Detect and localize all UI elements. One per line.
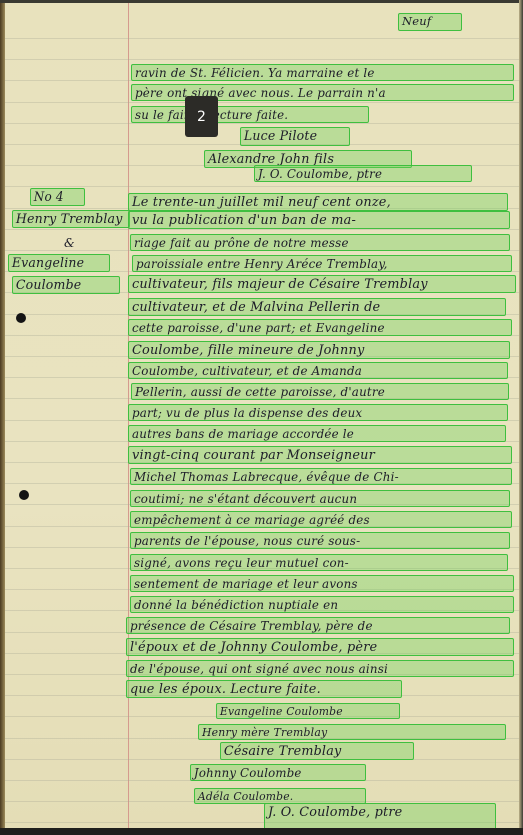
text-line: présence de Césaire Tremblay, père de — [126, 617, 510, 634]
text-line: coutimi; ne s'étant découvert aucun — [130, 490, 510, 507]
text-line: cette paroisse, d'une part; et Evangelin… — [128, 319, 512, 336]
text-line: Le trente-un juillet mil neuf cent onze, — [128, 193, 508, 211]
margin-note: Henry Tremblay — [12, 210, 130, 228]
text-line-text: Pellerin, aussi de cette paroisse, d'aut… — [132, 384, 504, 398]
scan-right-edge — [519, 0, 523, 835]
text-line-text: de l'épouse, qui ont signé avec nous ain… — [127, 661, 509, 675]
text-line: Luce Pilote — [240, 127, 350, 146]
binder-hole — [16, 313, 26, 323]
page-heading-text: Neuf — [399, 14, 461, 28]
text-line: autres bans de mariage accordée le — [128, 425, 506, 442]
text-line: Coulombe, cultivateur, et de Amanda — [128, 362, 508, 379]
text-line: su le faire. Lecture faite. — [131, 106, 369, 123]
register-page: Neuf No 4Henry TremblayEvangelineCoulomb… — [0, 0, 523, 830]
margin-note-text: Coulombe — [13, 277, 115, 292]
text-line-text: présence de Césaire Tremblay, père de — [127, 618, 505, 632]
margin-note: Coulombe — [12, 276, 120, 294]
text-line: de l'épouse, qui ont signé avec nous ain… — [126, 660, 514, 677]
text-line: que les époux. Lecture faite. — [126, 680, 402, 698]
text-line-text: Michel Thomas Labrecque, évêque de Chi- — [131, 469, 507, 483]
text-line-text: parents de l'épouse, nous curé sous- — [131, 533, 505, 547]
text-line-text: Coulombe, fille mineure de Johnny — [129, 342, 505, 357]
text-line: vu la publication d'un ban de ma- — [128, 211, 510, 229]
text-line: cultivateur, et de Malvina Pellerin de — [128, 298, 506, 316]
text-line-text: autres bans de mariage accordée le — [129, 426, 501, 440]
margin-note-text: Henry Tremblay — [13, 211, 125, 226]
margin-note-text: No 4 — [31, 189, 80, 204]
text-line: l'époux et de Johnny Coulombe, père — [126, 638, 514, 656]
text-line: Coulombe, fille mineure de Johnny — [128, 341, 510, 359]
signature-line: Evangeline Coulombe — [216, 703, 400, 719]
text-line: donné la bénédiction nuptiale en — [130, 596, 514, 613]
text-line-text: coutimi; ne s'étant découvert aucun — [131, 491, 505, 505]
text-line: Pellerin, aussi de cette paroisse, d'aut… — [131, 383, 509, 400]
text-line: cultivateur, fils majeur de Césaire Trem… — [128, 275, 516, 293]
text-line-text: empêchement à ce mariage agréé des — [131, 512, 507, 526]
text-line: empêchement à ce mariage agréé des — [130, 511, 512, 528]
ruled-line — [5, 186, 519, 187]
text-line-text: cultivateur, fils majeur de Césaire Trem… — [129, 276, 511, 291]
text-line-text: cette paroisse, d'une part; et Evangelin… — [129, 320, 507, 334]
text-line-text: Alexandre John fils — [205, 151, 407, 166]
ruled-line — [5, 102, 519, 103]
signature-line-text: Henry mère Tremblay — [199, 725, 501, 738]
text-line: ravin de St. Félicien. Ya marraine et le — [131, 64, 514, 81]
text-line: Michel Thomas Labrecque, évêque de Chi- — [130, 468, 512, 485]
signature-line-text: Johnny Coulombe — [191, 765, 361, 779]
text-line-text: ravin de St. Félicien. Ya marraine et le — [132, 65, 509, 79]
signature-line: Adéla Coulombe. — [194, 788, 366, 804]
text-line: vingt-cinq courant par Monseigneur — [128, 446, 512, 464]
text-line: J. O. Coulombe, ptre — [254, 165, 472, 182]
text-line-text: donné la bénédiction nuptiale en — [131, 597, 509, 611]
text-line-text: vu la publication d'un ban de ma- — [129, 212, 505, 227]
text-line-text: Luce Pilote — [241, 128, 345, 143]
scan-bottom-edge — [0, 828, 523, 835]
ruled-line — [5, 59, 519, 60]
text-line: parents de l'épouse, nous curé sous- — [130, 532, 510, 549]
text-line-text: sentement de mariage et leur avons — [131, 576, 509, 590]
text-line: sentement de mariage et leur avons — [130, 575, 514, 592]
text-line-text: su le faire. Lecture faite. — [132, 107, 364, 121]
ruled-line — [5, 123, 519, 124]
text-line: part; vu de plus la dispense des deux — [128, 404, 508, 421]
text-line-text: vingt-cinq courant par Monseigneur — [129, 447, 507, 462]
book-binding — [0, 0, 5, 830]
text-line-text: que les époux. Lecture faite. — [127, 681, 397, 696]
signature-line-text: Evangeline Coulombe — [217, 704, 395, 717]
scan-top-edge — [0, 0, 523, 3]
margin-note-text: Evangeline — [9, 255, 105, 270]
ruled-line — [5, 38, 519, 39]
text-line-text: l'époux et de Johnny Coulombe, père — [127, 639, 509, 654]
text-line: signé, avons reçu leur mutuel con- — [130, 554, 508, 571]
ruled-line — [5, 229, 519, 230]
signature-line: Johnny Coulombe — [190, 764, 366, 781]
text-line-text: paroissiale entre Henry Aréce Tremblay, — [133, 256, 507, 270]
text-line-text: Le trente-un juillet mil neuf cent onze, — [129, 194, 503, 209]
margin-ampersand: & — [64, 236, 75, 250]
text-line-text: J. O. Coulombe, ptre — [255, 166, 467, 180]
text-line: paroissiale entre Henry Aréce Tremblay, — [132, 255, 512, 272]
text-line-text: part; vu de plus la dispense des deux — [129, 405, 503, 419]
page-heading: Neuf — [398, 13, 462, 31]
signature-line-text: Césaire Tremblay — [221, 743, 409, 758]
signature-line-text: J. O. Coulombe, ptre — [265, 804, 491, 819]
signature-line: J. O. Coulombe, ptre — [264, 803, 496, 831]
signature-line: Henry mère Tremblay — [198, 724, 506, 740]
signature-line: Césaire Tremblay — [220, 742, 414, 760]
region-number-badge: 2 — [185, 96, 218, 137]
text-line-text: cultivateur, et de Malvina Pellerin de — [129, 299, 501, 314]
text-line: riage fait au prône de notre messe — [130, 234, 510, 251]
text-line-text: riage fait au prône de notre messe — [131, 235, 505, 249]
margin-note: Evangeline — [8, 254, 110, 272]
margin-note: No 4 — [30, 188, 85, 206]
binder-hole — [19, 490, 29, 500]
signature-line-text: Adéla Coulombe. — [195, 789, 361, 802]
text-line-text: Coulombe, cultivateur, et de Amanda — [129, 363, 503, 377]
text-line-text: signé, avons reçu leur mutuel con- — [131, 555, 503, 569]
